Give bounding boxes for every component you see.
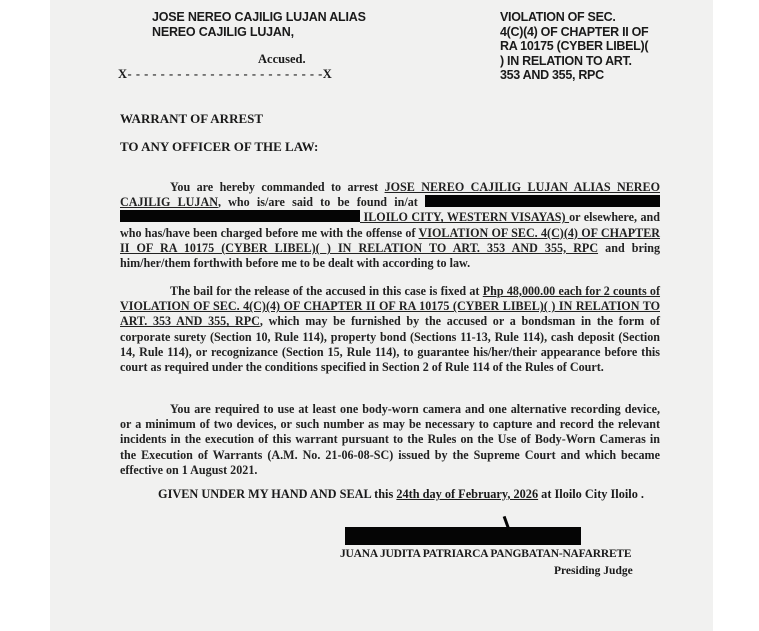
para1-after-accused: , who is/are said to be found in/at	[218, 195, 425, 209]
salutation: TO ANY OFFICER OF THE LAW:	[120, 139, 318, 155]
given-under-seal: GIVEN UNDER MY HAND AND SEAL this 24th d…	[158, 487, 644, 502]
given-date: 24th day of February, 2026	[396, 487, 538, 501]
bail-paragraph: The bail for the release of the accused …	[120, 284, 660, 375]
offense-line: RA 10175 (CYBER LIBEL)(	[500, 39, 648, 54]
offense-line: ) IN RELATION TO ART.	[500, 54, 648, 69]
offense-line: 4(C)(4) OF CHAPTER II OF	[500, 25, 648, 40]
signature-redaction	[345, 527, 581, 545]
judge-title: Presiding Judge	[554, 565, 633, 577]
accused-name-line1: JOSE NEREO CAJILIG LUJAN ALIAS	[152, 10, 366, 25]
caption-separator: X- - - - - - - - - - - - - - - - - - - -…	[118, 67, 332, 82]
address-redaction	[425, 195, 660, 207]
address-visible: ILOILO CITY, WESTERN VISAYAS)	[360, 210, 569, 224]
document-title: WARRANT OF ARREST	[120, 111, 263, 127]
accused-caption: JOSE NEREO CAJILIG LUJAN ALIAS NEREO CAJ…	[152, 10, 366, 40]
para3-text: You are required to use at least one bod…	[120, 402, 660, 477]
para2-lead: The bail for the release of the accused …	[170, 284, 483, 298]
given-place: at Iloilo City Iloilo .	[538, 487, 644, 501]
accused-name-line2: NEREO CAJILIG LUJAN,	[152, 25, 366, 40]
offense-caption: VIOLATION OF SEC. 4(C)(4) OF CHAPTER II …	[500, 10, 648, 83]
body-camera-paragraph: You are required to use at least one bod…	[120, 402, 660, 478]
address-redaction-2	[120, 210, 360, 222]
para1-lead: You are hereby commanded to arrest	[170, 180, 385, 194]
offense-line: VIOLATION OF SEC.	[500, 10, 648, 25]
command-paragraph: You are hereby commanded to arrest JOSE …	[120, 180, 660, 271]
offense-line: 353 AND 355, RPC	[500, 68, 648, 83]
judge-name: JUANA JUDITA PATRIARCA PANGBATAN-NAFARRE…	[340, 548, 631, 560]
given-lead: GIVEN UNDER MY HAND AND SEAL this	[158, 487, 396, 501]
accused-label: Accused.	[258, 52, 306, 67]
